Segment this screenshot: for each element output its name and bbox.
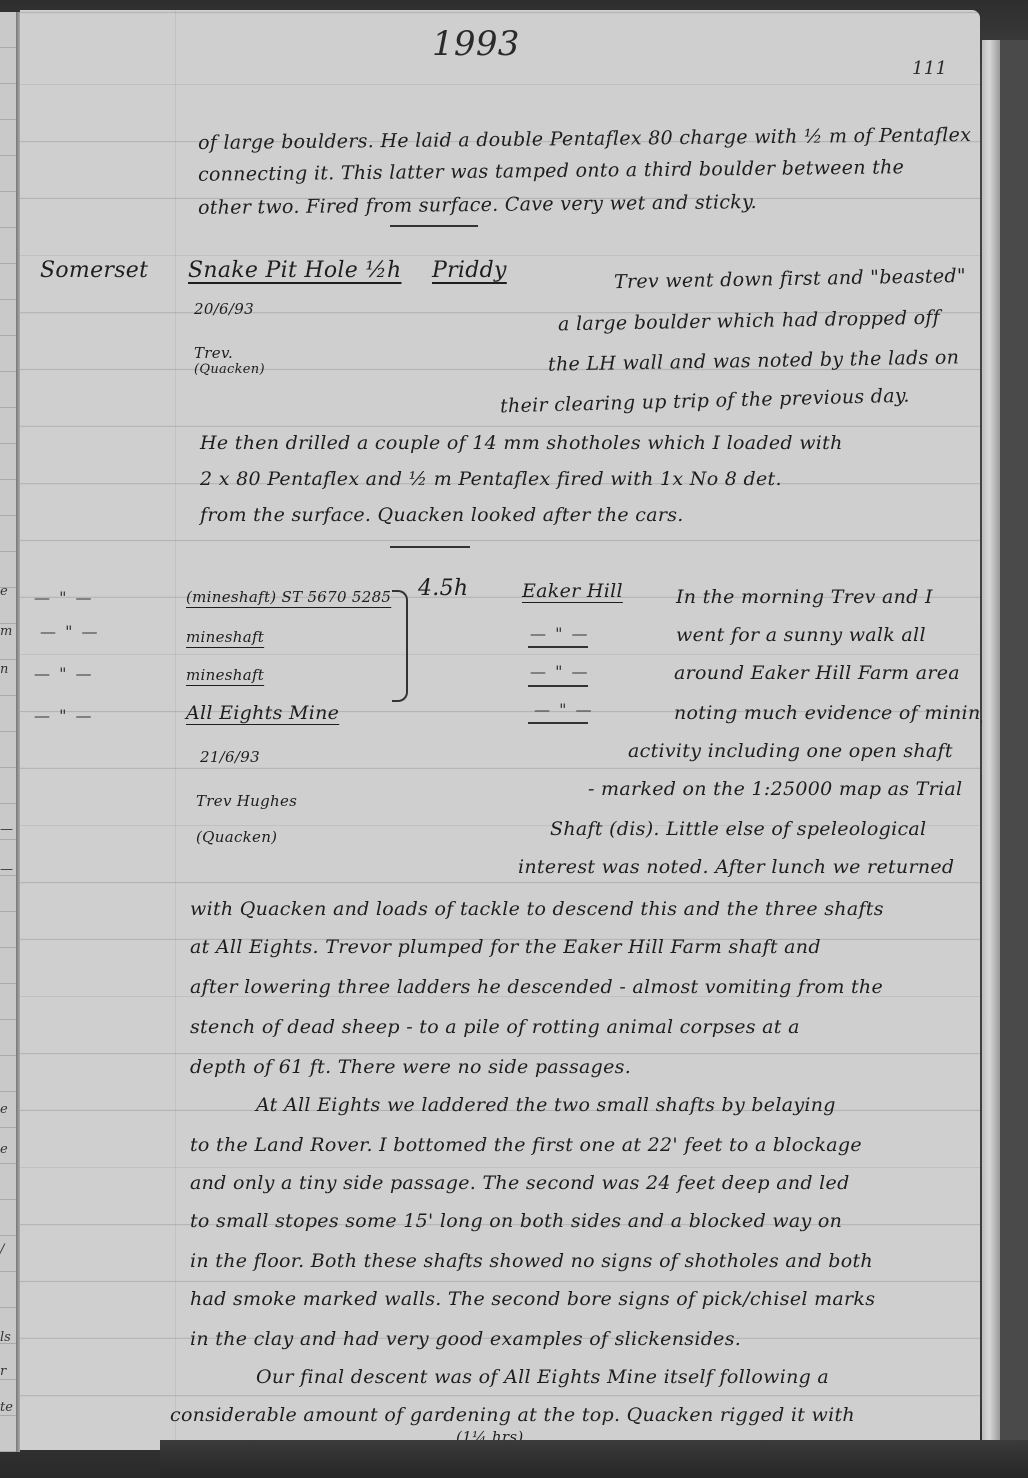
ditto-underline [528, 646, 588, 648]
text-line: He then drilled a couple of 14 mm shotho… [200, 432, 843, 454]
ditto-underline [528, 722, 588, 724]
facing-page-fragment: te [0, 1400, 13, 1415]
site-name: (mineshaft) ST 5670 5285 [186, 588, 391, 606]
text-line: after lowering three ladders he descende… [190, 976, 883, 998]
text-line: Our final descent was of All Eights Mine… [256, 1366, 829, 1388]
ditto-mark: — " — [34, 706, 94, 725]
text-line: from the surface. Quacken looked after t… [200, 504, 684, 526]
participant: Trev Hughes [196, 792, 297, 810]
facing-page-fragment: e [0, 584, 8, 599]
text-line: with Quacken and loads of tackle to desc… [190, 898, 884, 920]
location-header: Eaker Hill [522, 580, 623, 602]
text-line: noting much evidence of mining [674, 702, 993, 724]
text-line: interest was noted. After lunch we retur… [518, 856, 954, 878]
text-line: stench of dead sheep - to a pile of rott… [190, 1016, 800, 1038]
site-name: mineshaft [186, 666, 264, 684]
text-line: to small stopes some 15' long on both si… [190, 1210, 842, 1232]
text-line: at All Eights. Trevor plumped for the Ea… [190, 936, 821, 958]
ditto-mark: — " — [534, 700, 594, 719]
entry-date: 20/6/93 [194, 300, 254, 318]
site-name: mineshaft [186, 628, 264, 646]
text-line: in the clay and had very good examples o… [190, 1328, 741, 1350]
facing-page-fragment: r [0, 1364, 6, 1379]
facing-page-fragment: / [0, 1242, 4, 1257]
ditto-mark: — " — [530, 624, 590, 643]
facing-page-fragment: ls [0, 1330, 11, 1345]
facing-page-fragment: e [0, 1102, 8, 1117]
text-line: in the floor. Both these shafts showed n… [190, 1250, 873, 1272]
entry-location: Priddy [432, 258, 507, 283]
ditto-mark: — " — [34, 664, 94, 683]
page-bottom-shadow [160, 1440, 1028, 1478]
participant: Trev. [194, 344, 233, 362]
notebook-cover-edge [1000, 40, 1028, 1460]
year-heading: 1993 [432, 24, 520, 64]
facing-page-fragment: — [0, 862, 13, 877]
text-line: and only a tiny side passage. The second… [190, 1172, 850, 1194]
text-line: of large boulders. He laid a double Pent… [198, 124, 971, 154]
text-line: depth of 61 ft. There were no side passa… [190, 1056, 631, 1078]
text-line: around Eaker Hill Farm area [674, 662, 960, 684]
facing-page-fragment: n [0, 662, 8, 677]
ditto-mark: — " — [40, 622, 100, 641]
text-line: activity including one open shaft [628, 740, 953, 762]
duration-label: 4.5h [418, 576, 468, 601]
facing-page-fragment: e [0, 1142, 8, 1157]
text-line: considerable amount of gardening at the … [170, 1404, 855, 1426]
text-line: a large boulder which had dropped off [558, 307, 940, 336]
text-line: 2 x 80 Pentaflex and ½ m Pentaflex fired… [200, 468, 782, 490]
site-name: All Eights Mine [186, 702, 339, 724]
participant: (Quacken) [196, 828, 277, 846]
underline-from-surface [390, 225, 478, 227]
ditto-mark: — " — [530, 662, 590, 681]
margin-rule [175, 10, 176, 1450]
region-label: Somerset [40, 258, 148, 283]
text-line: Trev went down first and "beasted" [614, 265, 966, 293]
text-line: other two. Fired from surface. Cave very… [198, 191, 757, 219]
text-line: to the Land Rover. I bottomed the first … [190, 1134, 862, 1156]
text-line: had smoke marked walls. The second bore … [190, 1288, 875, 1310]
facing-page-fragment: — [0, 822, 13, 837]
facing-page-edge: e m n — — e e / ls r te [0, 12, 17, 1452]
text-line: connecting it. This latter was tamped on… [198, 156, 904, 185]
ditto-mark: — " — [34, 588, 94, 607]
participant: (Quacken) [194, 362, 265, 377]
entry-date: 21/6/93 [200, 748, 260, 766]
text-line: - marked on the 1:25000 map as Trial [588, 778, 962, 800]
entry-title: Snake Pit Hole ½h [188, 258, 401, 283]
brace-bracket [392, 590, 408, 702]
entry-separator [390, 546, 470, 548]
text-line: In the morning Trev and I [676, 586, 933, 608]
facing-page-fragment: m [0, 624, 12, 639]
page-stack-edge [982, 40, 1000, 1450]
ditto-underline [528, 685, 588, 687]
page-number: 111 [912, 58, 947, 79]
notebook-page: 1993 111 of large boulders. He laid a do… [20, 10, 980, 1450]
text-line: the LH wall and was noted by the lads on [548, 346, 960, 375]
text-line: Shaft (dis). Little else of speleologica… [550, 818, 926, 840]
text-line: their clearing up trip of the previous d… [500, 385, 910, 418]
text-line: At All Eights we laddered the two small … [256, 1094, 836, 1116]
text-line: went for a sunny walk all [676, 624, 926, 646]
